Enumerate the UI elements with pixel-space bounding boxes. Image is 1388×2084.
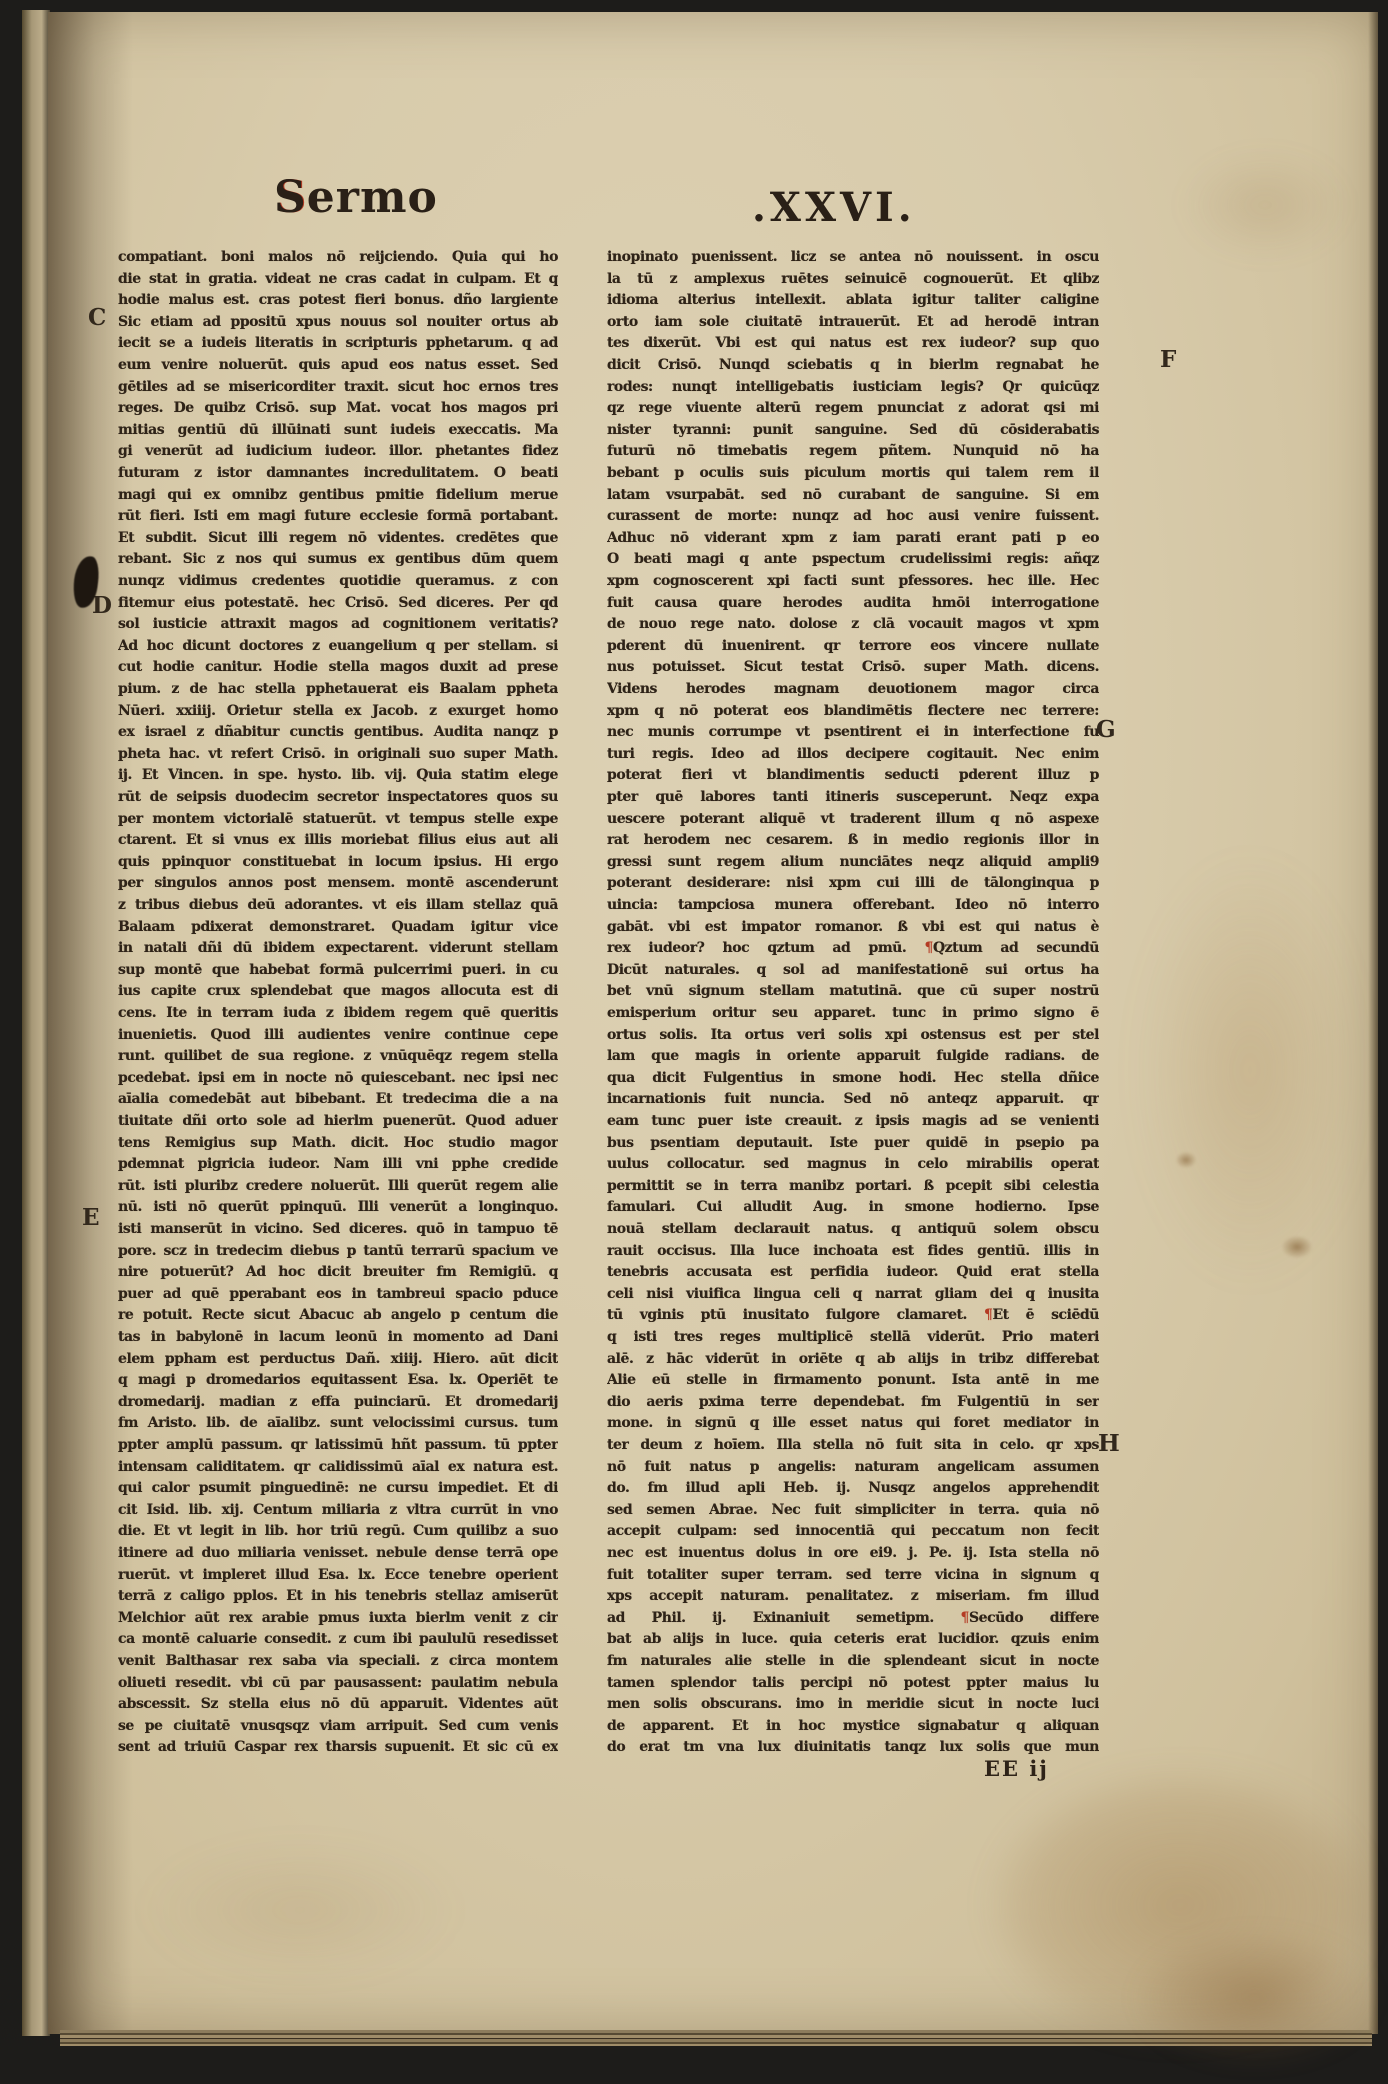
text-line: se pe ciuitatē vnusqsqz viam arripuit. S… [118,1716,558,1738]
text-line: la tū z amplexus ruētes seinuicē cognoue… [607,269,1099,291]
text-line: futuram z istor damnantes incredulitatem… [118,463,558,485]
text-line: Dicūt naturales. q sol ad manifestationē… [607,960,1099,982]
text-line: pcedebat. ipsi em in nocte nō quiesceban… [118,1068,558,1090]
text-line: reges. De quibz Crisō. sup Mat. vocat ho… [118,398,558,420]
running-title-sermo: Sermo [274,172,438,223]
text-line: accepit culpam: sed innocentiā qui pecca… [607,1521,1099,1543]
text-line: terrā z caligo pplos. Et in his tenebris… [118,1586,558,1608]
text-line: inuenietis. Quod illi audientes venire c… [118,1025,558,1047]
text-line: mone. in signū q ille esset natus qui fo… [607,1413,1099,1435]
text-line: rūt de seipsis duodecim secretor inspect… [118,787,558,809]
quire-signature: EE ij [984,1756,1049,1781]
text-line: ius capite crux splendebat que magos all… [118,981,558,1003]
folio-number-xxvi: .XXVI. [752,184,916,231]
text-line: ctarent. Et si vnus ex illis moriebat fi… [118,830,558,852]
margin-guide-letter-g: G [1096,716,1116,743]
text-line: intensam caliditatem. qr calidissimū aīa… [118,1457,558,1479]
text-line: pheta hac. vt refert Crisō. in originali… [118,744,558,766]
text-line: gētiles ad se misericorditer traxit. sic… [118,377,558,399]
text-line: tamen splendor talis percipi nō potest p… [607,1673,1099,1695]
text-line: per montem victorialē statuerūt. vt temp… [118,809,558,831]
text-line: fuit totaliter super terram. sed terre v… [607,1565,1099,1587]
text-line: die stat in gratia. videat ne cras cadat… [118,269,558,291]
text-line: bus psentiam deputauit. Iste puer quidē … [607,1133,1099,1155]
text-line: Nūeri. xxiiij. Orietur stella ex Jacob. … [118,701,558,723]
text-line: fitemur eius potestatē. hec Crisō. Sed d… [118,593,558,615]
text-line: bet vnū signum stellam matutinā. que cū … [607,981,1099,1003]
text-line: rūt fieri. Isti em magi future ecclesie … [118,506,558,528]
text-line: poterat fieri vt blandimentis seducti pd… [607,765,1099,787]
text-line: iecit se a iudeis literatis in scripturi… [118,333,558,355]
margin-guide-letter-h: H [1098,1430,1120,1457]
text-line: rūt. isti pluribz credere noluerūt. Illi… [118,1176,558,1198]
text-line: aīalia comedebāt aut bibebant. Et tredec… [118,1089,558,1111]
text-line: alē. z hāc viderūt in oriēte q ab alijs … [607,1349,1099,1371]
text-line: tas in babylonē in lacum leonū in moment… [118,1327,558,1349]
text-line: nire potuerūt? Ad hoc dicit breuiter fm … [118,1262,558,1284]
text-line: re potuit. Recte sicut Abacuc ab angelo … [118,1305,558,1327]
text-line: pderent dū inuenirent. qr terrore eos vi… [607,636,1099,658]
text-line: eum venire noluerūt. quis apud eos natus… [118,355,558,377]
text-line: isti manserūt in vicino. Sed diceres. qu… [118,1219,558,1241]
text-line: xpm q nō poterat eos blandimētis flecter… [607,701,1099,723]
text-line: q magi p dromedarios equitassent Esa. lx… [118,1370,558,1392]
text-line: ij. Et Vincen. in spe. hysto. lib. vij. … [118,765,558,787]
text-line: rauit occisus. Illa luce inchoata est fi… [607,1241,1099,1263]
text-line: gabāt. vbi est impator romanor. ß vbi es… [607,917,1099,939]
text-line: pter quē labores tanti itineris susceper… [607,787,1099,809]
text-line: hodie malus est. cras potest fieri bonus… [118,290,558,312]
text-line: lam que magis in oriente apparuit fulgid… [607,1046,1099,1068]
text-line: Ad hoc dicunt doctores z euangelium q pe… [118,636,558,658]
text-line: qua dicit Fulgentius in smone hodi. Hec … [607,1068,1099,1090]
margin-guide-letter-e: E [82,1204,100,1231]
text-line: uulus collocatur. sed magnus in celo mir… [607,1154,1099,1176]
text-line: pdemnat pigricia iudeor. Nam illi vni pp… [118,1154,558,1176]
text-line: quis ppinquor constituebat in locum ipsi… [118,852,558,874]
text-line: in natali dñi dū ibidem expectarent. vid… [118,938,558,960]
text-line: nunqz vidimus credentes quotidie queramu… [118,571,558,593]
text-line: nouā stellam declarauit natus. q antiquū… [607,1219,1099,1241]
text-line: de nouo rege nato. dolose z clā vocauit … [607,614,1099,636]
text-line: mitias gentiū dū illūinati sunt iudeis e… [118,420,558,442]
text-line: Et subdit. Sicut illi regem nō videntes.… [118,528,558,550]
text-line: Videns herodes magnam deuotionem magor c… [607,679,1099,701]
text-line: idioma alterius intellexit. ablata igitu… [607,290,1099,312]
text-line: nō fuit natus p angelis: naturam angelic… [607,1457,1099,1479]
text-line: q isti tres reges multiplicē stellā vide… [607,1327,1099,1349]
text-line: celi nisi viuifica lingua celi q narrat … [607,1284,1099,1306]
text-line: emisperium oritur seu apparet. tunc in p… [607,1003,1099,1025]
text-line: gi venerūt ad iudicium iudeor. illor. ph… [118,441,558,463]
text-line: Adhuc nō viderant xpm z iam parati erant… [607,528,1099,550]
text-line: turi regis. Ideo ad illos decipere cogit… [607,744,1099,766]
text-line: tū vginis ptū inusitato fulgore clamaret… [607,1305,1099,1327]
text-line: puer ad quē pperabant eos in tambreui sp… [118,1284,558,1306]
text-line: ter deum z hoīem. Illa stella nō fuit si… [607,1435,1099,1457]
text-line: nec munis corrumpe vt psentirent ei in i… [607,722,1099,744]
text-line: rodes: nunqt intelligebatis iusticiam le… [607,377,1099,399]
text-line: ex israel z dñabitur cunctis gentibus. A… [118,722,558,744]
text-line: sed semen Abrae. Nec fuit simpliciter in… [607,1500,1099,1522]
text-line: uincia: tampciosa munera offerebant. Ide… [607,895,1099,917]
text-line: ppter amplū passum. qr latissimū hñt pas… [118,1435,558,1457]
margin-guide-letter-c: C [88,304,106,331]
text-line: nū. isti nō querūt ppinquū. Illi venerūt… [118,1197,558,1219]
text-line: pium. z de hac stella pphetauerat eis Ba… [118,679,558,701]
text-line: dicit Crisō. Nunqd sciebatis q in bierlm… [607,355,1099,377]
text-line: curassent de morte: nunqz ad hoc ausi ve… [607,506,1099,528]
text-line: die. Et vt legit in lib. hor triū regū. … [118,1521,558,1543]
text-line: Melchior aūt rex arabie pmus iuxta bierl… [118,1608,558,1630]
text-line: abscessit. Sz stella eius nō dū apparuit… [118,1694,558,1716]
text-line: nus potuisset. Sicut testat Crisō. super… [607,657,1099,679]
text-line: inopinato puenissent. licz se antea nō n… [607,247,1099,269]
text-line: famulari. Cui alludit Aug. in smone hodi… [607,1197,1099,1219]
text-line: men solis obscurans. imo in meridie sicu… [607,1694,1099,1716]
text-line: orto iam sole ciuitatē intrauerūt. Et ad… [607,312,1099,334]
text-line: dromedarij. madian z effa puinciarū. Et … [118,1392,558,1414]
text-line: ortus solis. Ita ortus veri solis xpi os… [607,1025,1099,1047]
text-line: nec est inuentus dolus in ore ei9. j. Pe… [607,1543,1099,1565]
text-line: cut hodie canitur. Hodie stella magos du… [118,657,558,679]
text-line: pore. scz in tredecim diebus p tantū ter… [118,1241,558,1263]
text-line: tiuitate dñi orto sole ad hierlm puenerū… [118,1111,558,1133]
scanned-book-page: Sermo .XXVI. compatiant. boni malos nō r… [0,0,1388,2084]
text-line: qz rege viuente alterū regem pnunciat z … [607,398,1099,420]
text-line: ruerūt. vt impleret illud Esa. lx. Ecce … [118,1565,558,1587]
text-line: z tribus diebus deū adorantes. vt eis il… [118,895,558,917]
text-line: Alie eū stelle in firmamento ponunt. Ist… [607,1370,1099,1392]
text-line: itinere ad duo miliaria venisset. nebule… [118,1543,558,1565]
text-line: cens. Ite in terram iuda z ibidem regem … [118,1003,558,1025]
book-block-edge [60,2030,1372,2046]
text-line: sup montē que habebat formā pulcerrimi p… [118,960,558,982]
text-line: futurū nō timebatis regem pñtem. Nunquid… [607,441,1099,463]
text-line: de apparent. Et in hoc mystice signabatu… [607,1716,1099,1738]
facing-page-edge [22,10,50,2036]
text-line: fm naturales alie stelle in die splendea… [607,1651,1099,1673]
text-line: xps accepit naturam. penalitatez. z mise… [607,1586,1099,1608]
text-line: latam vsurpabāt. sed nō curabant de sang… [607,485,1099,507]
text-line: bebant p oculis suis piculum mortis qui … [607,463,1099,485]
text-line: rex iudeor? hoc qztum ad pmū. ¶Qztum ad … [607,938,1099,960]
text-line: runt. quilibet de sua regione. z vnūquēq… [118,1046,558,1068]
text-line: xpm cognoscerent xpi facti sunt pfessore… [607,571,1099,593]
text-line: venit Balthasar rex saba via speciali. z… [118,1651,558,1673]
text-line: qui calor psumit pinguedinē: ne cursu im… [118,1478,558,1500]
text-line: rat herodem nec cesarem. ß in medio regi… [607,830,1099,852]
text-line: per singulos annos post mensem. montē as… [118,873,558,895]
text-line: tes dixerūt. Vbi est qui natus est rex i… [607,333,1099,355]
text-line: fm Aristo. lib. de aīalibz. sunt velocis… [118,1413,558,1435]
text-line: rebant. Sic z nos qui sumus ex gentibus … [118,549,558,571]
text-line: gressi sunt regem alium nunciātes neqz a… [607,852,1099,874]
text-line: poterant desiderare: nisi xpm cui illi d… [607,873,1099,895]
text-line: do. fm illud apli Heb. ij. Nusqz angelos… [607,1478,1099,1500]
text-line: incarnationis fuit nuncia. Sed nō anteqz… [607,1089,1099,1111]
text-line: dio aeris pxima terre dependebat. fm Ful… [607,1392,1099,1414]
text-line: tens Remigius sup Math. dicit. Hoc studi… [118,1133,558,1155]
text-line: tenebris accusata est perfidia iudeor. Q… [607,1262,1099,1284]
text-line: ad Phil. ij. Exinaniuit semetipm. ¶Secūd… [607,1608,1099,1630]
text-line: nister tyranni: punit sanguine. Sed dū c… [607,420,1099,442]
text-line: eam tunc puer iste creauit. z ipsis magi… [607,1111,1099,1133]
text-line: Sic etiam ad ppositū xpus nouus sol noui… [118,312,558,334]
fore-edge-shadow [1368,12,1378,2034]
text-line: O beati magi q ante pspectum crudelissim… [607,549,1099,571]
text-line: permittit se in terra manibz portari. ß … [607,1176,1099,1198]
text-line: compatiant. boni malos nō reijciendo. Qu… [118,247,558,269]
text-line: oliueti resedit. vbi cū par pausassent: … [118,1673,558,1695]
text-line: magi qui ex omnibz gentibus pmitie fidel… [118,485,558,507]
text-line: sol iusticie attraxit magos ad cognition… [118,614,558,636]
text-line: ca montē caluarie consedit. z cum ibi pa… [118,1629,558,1651]
text-line: cit Isid. lib. xij. Centum miliaria z vl… [118,1500,558,1522]
margin-guide-letter-f: F [1160,346,1176,373]
text-line: sent ad triuiū Caspar rex tharsis supuen… [118,1737,558,1759]
text-line: elem ppham est perductus Dañ. xiiij. Hie… [118,1349,558,1371]
text-line: bat ab alijs in luce. quia ceteris erat … [607,1629,1099,1651]
text-line: fuit causa quare herodes audita hmōi int… [607,593,1099,615]
text-line: uescere poterant aliquē vt traderent ill… [607,809,1099,831]
text-line: Balaam pdixerat demonstraret. Quadam igi… [118,917,558,939]
